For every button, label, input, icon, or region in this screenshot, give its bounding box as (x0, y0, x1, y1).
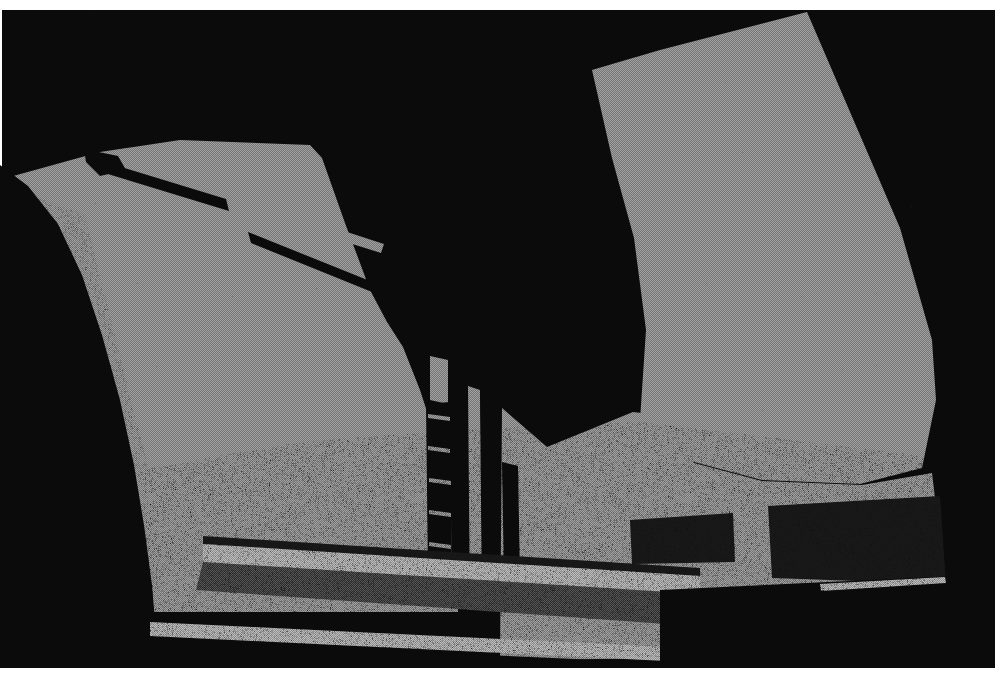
halftone-photo-figure (0, 0, 1000, 679)
photo-noise (2, 10, 995, 668)
halftone-photo-svg (0, 0, 1000, 679)
scanned-page (0, 0, 1000, 679)
speck-pink-overall (2, 10, 995, 668)
